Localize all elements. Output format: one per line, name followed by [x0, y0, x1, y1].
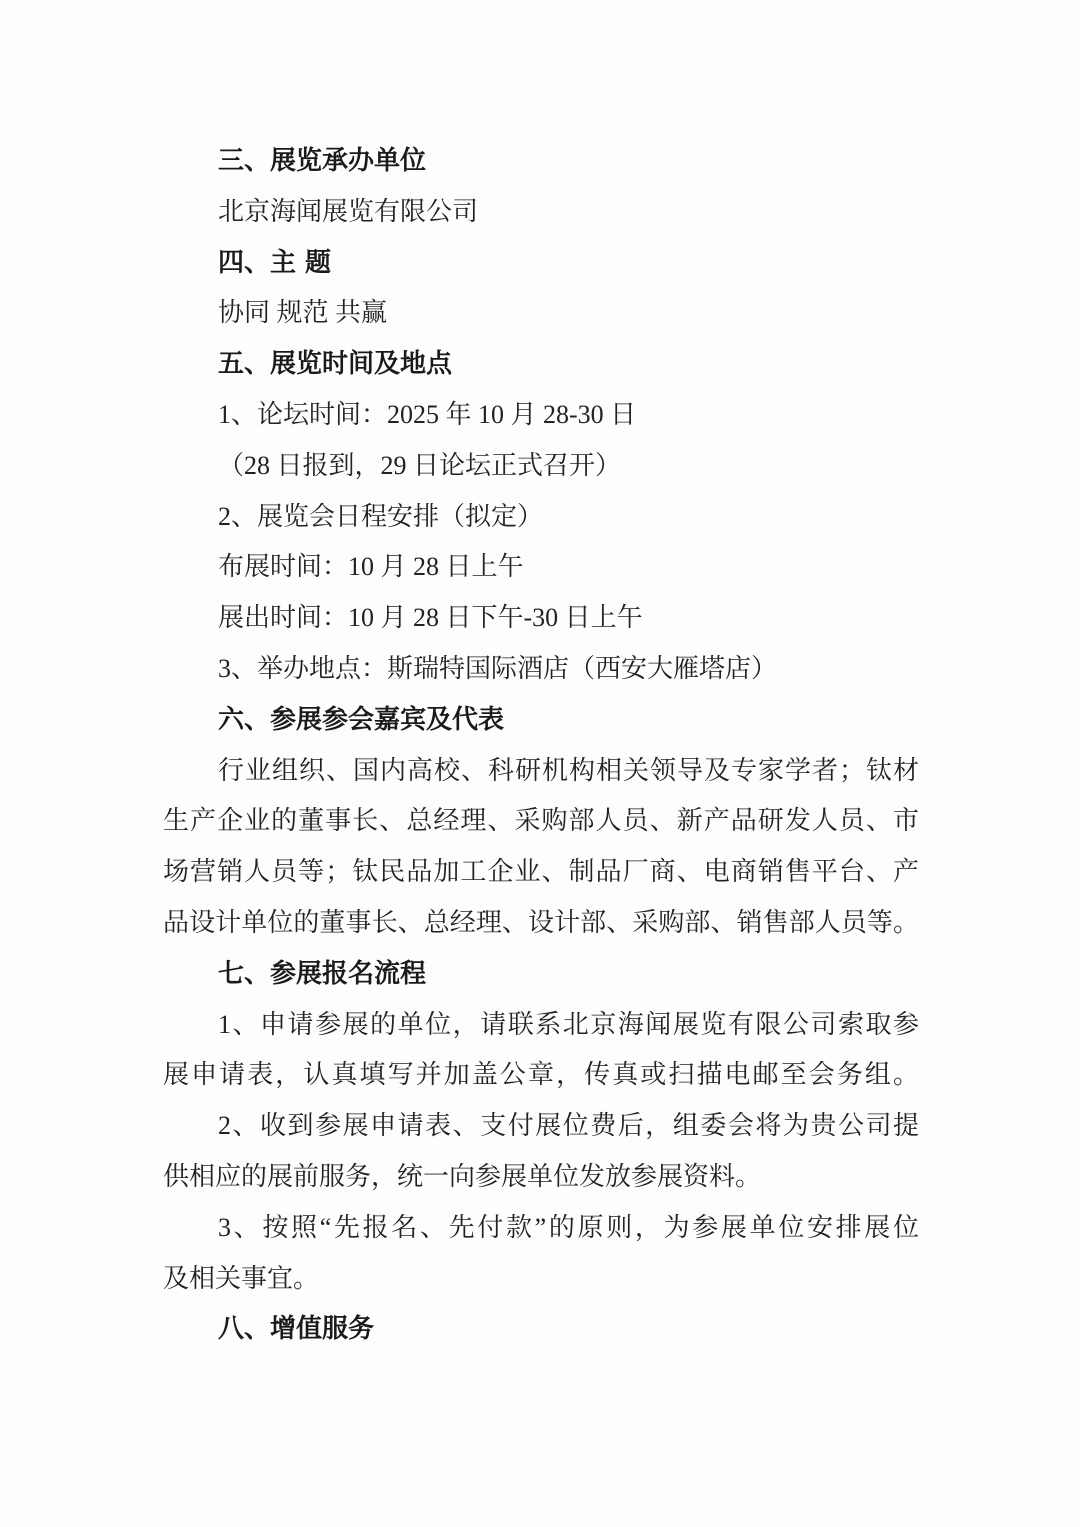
venue-line: 3、举办地点：斯瑞特国际酒店（西安大雁塔店） — [163, 644, 919, 695]
registration-step-2-line-1: 2、收到参展申请表、支付展位费后，组委会将为贵公司提 — [163, 1101, 919, 1152]
guests-paragraph-line-2: 生产企业的董事长、总经理、采购部人员、新产品研发人员、市 — [163, 796, 919, 847]
forum-time-note: （28 日报到，29 日论坛正式召开） — [163, 441, 919, 492]
registration-step-3-line-1: 3、按照“先报名、先付款”的原则，为参展单位安排展位 — [163, 1203, 919, 1254]
section-heading-value-added: 八、增值服务 — [163, 1304, 919, 1355]
theme-text: 协同 规范 共赢 — [163, 288, 919, 339]
guests-paragraph-line-3: 场营销人员等；钛民品加工企业、制品厂商、电商销售平台、产 — [163, 847, 919, 898]
guests-paragraph-line-1: 行业组织、国内高校、科研机构相关领导及专家学者；钛材 — [163, 746, 919, 797]
setup-time-line: 布展时间：10 月 28 日上午 — [163, 542, 919, 593]
document-text-block: 三、展览承办单位 北京海闻展览有限公司 四、主 题 协同 规范 共赢 五、展览时… — [163, 136, 919, 1355]
section-heading-registration: 七、参展报名流程 — [163, 949, 919, 1000]
forum-time-line: 1、论坛时间：2025 年 10 月 28-30 日 — [163, 390, 919, 441]
section-heading-time-venue: 五、展览时间及地点 — [163, 339, 919, 390]
section-heading-theme: 四、主 题 — [163, 238, 919, 289]
schedule-title-line: 2、展览会日程安排（拟定） — [163, 492, 919, 543]
registration-step-3-line-2: 及相关事宜。 — [163, 1254, 919, 1305]
section-heading-organizer: 三、展览承办单位 — [163, 136, 919, 187]
guests-paragraph-line-4: 品设计单位的董事长、总经理、设计部、采购部、销售部人员等。 — [163, 898, 919, 949]
registration-step-2-line-2: 供相应的展前服务，统一向参展单位发放参展资料。 — [163, 1152, 919, 1203]
registration-step-1-line-1: 1、申请参展的单位，请联系北京海闻展览有限公司索取参 — [163, 1000, 919, 1051]
section-heading-guests: 六、参展参会嘉宾及代表 — [163, 695, 919, 746]
document-page: 三、展览承办单位 北京海闻展览有限公司 四、主 题 协同 规范 共赢 五、展览时… — [0, 0, 1080, 1527]
exhibit-time-line: 展出时间：10 月 28 日下午-30 日上午 — [163, 593, 919, 644]
organizer-name: 北京海闻展览有限公司 — [163, 187, 919, 238]
registration-step-1-line-2: 展申请表，认真填写并加盖公章，传真或扫描电邮至会务组。 — [163, 1050, 919, 1101]
